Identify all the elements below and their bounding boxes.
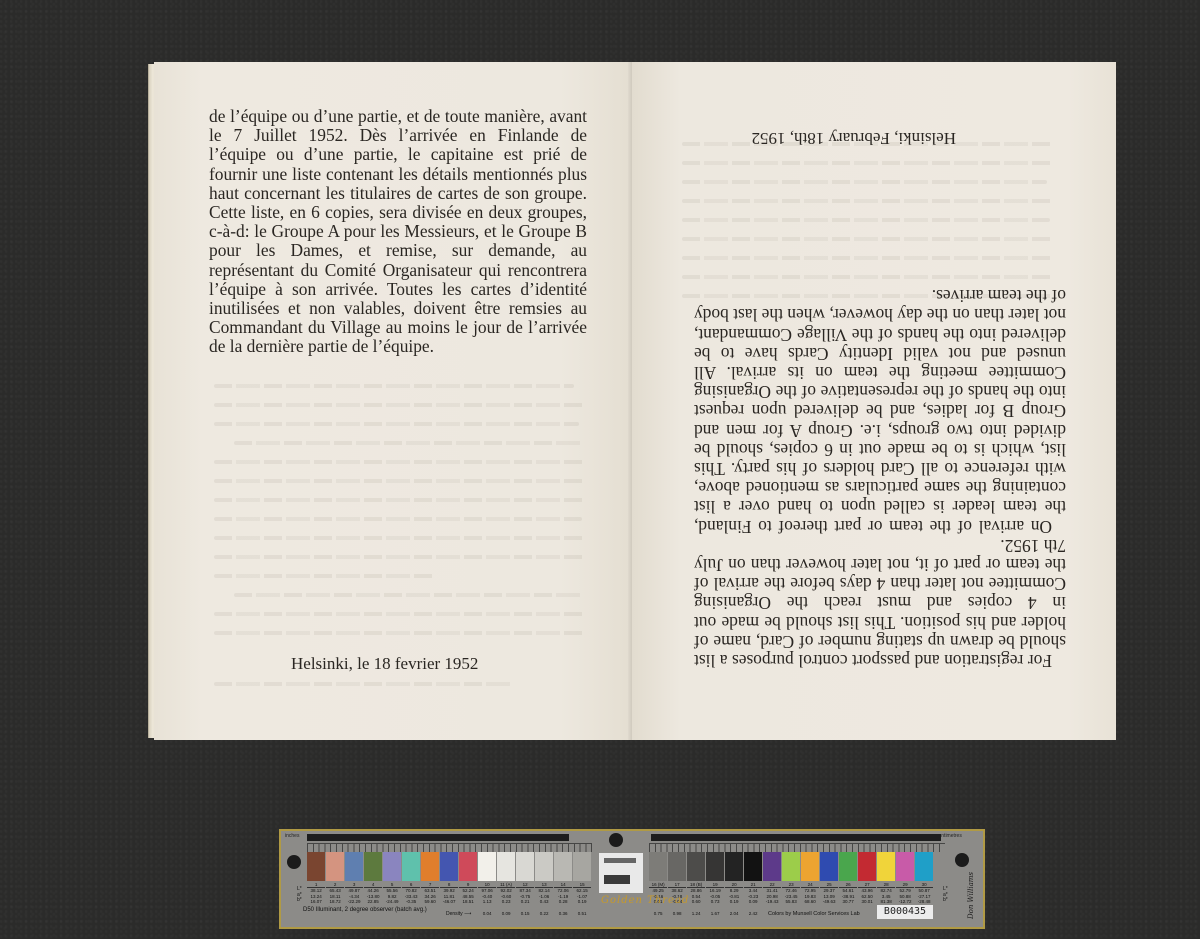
lab-b-value: 0.23 [497, 899, 515, 905]
patch-lab-values: 8.29-0.810.19 [725, 887, 743, 905]
color-patch [915, 852, 933, 881]
density-label: Density ⟶ [446, 911, 471, 917]
lab-b-value: -19.43 [763, 899, 781, 905]
lab-b-value: 0.21 [516, 899, 534, 905]
bleed-through-line [214, 682, 514, 686]
color-patch [516, 852, 534, 881]
lab-b-value: -49.63 [820, 899, 838, 905]
french-date-signature: Helsinki, le 18 fevrier 1952 [291, 654, 478, 674]
density-value: 0.09 [497, 911, 515, 916]
english-text: For registration and passport control pu… [694, 286, 1066, 670]
color-patch [440, 852, 458, 881]
bleed-through-line [214, 517, 582, 521]
color-patch [326, 852, 344, 881]
lab-b-value: -12.72 [896, 899, 914, 905]
bleed-through-line [234, 593, 584, 597]
scanned-booklet-image: de l’équipe ou d’une partie, et de toute… [0, 0, 1200, 939]
color-patch [383, 852, 401, 881]
lab-b-value: 1.13 [478, 899, 496, 905]
lab-b-value: 0.73 [706, 899, 724, 905]
lab-b-value: -0.35 [402, 899, 420, 905]
patch-lab-values: 50.87-27.17-28.48 [915, 887, 933, 905]
lab-b-value: 0.19 [725, 899, 743, 905]
open-booklet: de l’équipe ou d’une partie, et de toute… [148, 62, 1116, 740]
patch-lab-values: 63.5134.2659.60 [421, 887, 439, 905]
density-value: 1.67 [706, 911, 724, 916]
color-patch [725, 852, 743, 881]
lab-b-value: 81.38 [877, 899, 895, 905]
patch-lab-values: 87.34-0.750.21 [516, 887, 534, 905]
patch-lab-values: 97.06-0.401.13 [478, 887, 496, 905]
lab-b-value: 55.83 [782, 899, 800, 905]
bleed-through-line [214, 574, 434, 578]
density-value: 0.51 [573, 911, 591, 916]
density-value: 0.75 [649, 911, 667, 916]
target-serial-number: B000435 [877, 905, 933, 919]
color-patch [307, 852, 325, 881]
lab-b-value: 0.43 [535, 899, 553, 905]
density-value: 2.04 [725, 911, 743, 916]
color-patch [402, 852, 420, 881]
patch-lab-values: 28.860.540.60 [687, 887, 705, 905]
color-patch [649, 852, 667, 881]
lab-b-value: 68.60 [801, 899, 819, 905]
density-value: 0.36 [554, 911, 572, 916]
patch-lab-values: 55.569.82-24.49 [383, 887, 401, 905]
lab-keys-right: L* a* b* [943, 887, 948, 904]
lab-b-value: 0.19 [573, 899, 591, 905]
density-value: 0.04 [478, 911, 496, 916]
english-paragraph-1: For registration and passport control pu… [694, 536, 1066, 670]
patch-lab-values: 43.9662.5030.01 [858, 887, 876, 905]
resolution-target [599, 853, 643, 893]
density-value: 0.98 [668, 911, 686, 916]
lab-b-value: 30.77 [839, 899, 857, 905]
french-paragraph: de l’équipe ou d’une partie, et de toute… [209, 107, 587, 357]
bleed-through-line [214, 403, 584, 407]
lab-b-value: 0.09 [744, 899, 762, 905]
lab-keys-left: L* a* b* [297, 887, 302, 904]
color-patch [820, 852, 838, 881]
color-patch [763, 852, 781, 881]
bleed-through-line [214, 422, 579, 426]
ruler-band [651, 834, 941, 841]
bleed-through-line [214, 498, 584, 502]
munsell-credit: Colors by Munsell Color Services Lab [768, 911, 860, 917]
patch-lab-values: 82.743.4581.38 [877, 887, 895, 905]
color-patch [364, 852, 382, 881]
punch-hole-left [287, 855, 301, 869]
lab-b-value: -24.49 [383, 899, 401, 905]
bleed-through-line [214, 479, 586, 483]
color-calibration-target: inches centimetres 138.1213.2416.07265.4… [279, 829, 985, 929]
patch-lab-values: 52.2448.5518.51 [459, 887, 477, 905]
color-patch [877, 852, 895, 881]
patch-lab-values: 49.87-4.34-22.29 [345, 887, 363, 905]
bleed-through-line [214, 536, 586, 540]
color-patch [573, 852, 591, 881]
color-patch [459, 852, 477, 881]
lab-b-value: -28.48 [915, 899, 933, 905]
patch-lab-values: 39.9211.81-46.07 [440, 887, 458, 905]
lab-b-value: 59.60 [421, 899, 439, 905]
lab-key-b: b* [297, 898, 302, 904]
color-patch [744, 852, 762, 881]
lab-b-value: 22.85 [364, 899, 382, 905]
lab-b-value: -46.07 [440, 899, 458, 905]
density-value: 1.24 [687, 911, 705, 916]
right-page: For registration and passport control pu… [632, 62, 1116, 740]
color-patch [421, 852, 439, 881]
color-patch [345, 852, 363, 881]
color-patch [687, 852, 705, 881]
density-value: 0.22 [535, 911, 553, 916]
color-patch [801, 852, 819, 881]
patch-lab-values: 82.14-1.060.43 [535, 887, 553, 905]
bleed-through-line [214, 631, 584, 635]
bleed-through-line [214, 384, 574, 388]
lab-key-b: b* [943, 898, 948, 904]
lab-b-value: 0.60 [687, 899, 705, 905]
patch-lab-values: 16.19-0.050.73 [706, 887, 724, 905]
lab-b-value: 18.72 [326, 899, 344, 905]
patch-lab-values: 3.44-0.230.09 [744, 887, 762, 905]
density-label-text: Density [446, 911, 463, 917]
left-page: de l’équipe ou d’une partie, et de toute… [154, 62, 632, 740]
color-patch [839, 852, 857, 881]
patch-lab-values: 38.1213.2416.07 [307, 887, 325, 905]
bleed-through-line [214, 612, 584, 616]
upside-down-page-content: For registration and passport control pu… [632, 62, 1116, 740]
punch-hole-center [609, 833, 623, 847]
color-patch [497, 852, 515, 881]
lab-b-value: 18.51 [459, 899, 477, 905]
cm-ruler [649, 843, 945, 852]
golden-thread-logo: Golden Thread [601, 895, 689, 906]
patch-lab-values: 72.06-1.190.28 [554, 887, 572, 905]
lab-b-value: 30.01 [858, 899, 876, 905]
color-patch [554, 852, 572, 881]
patch-lab-values: 44.26-13.8022.85 [364, 887, 382, 905]
ruler-unit-inches: inches [285, 833, 299, 839]
color-patch [896, 852, 914, 881]
lab-b-value: 16.07 [307, 899, 325, 905]
patch-lab-values: 62.15-1.070.19 [573, 887, 591, 905]
lab-b-value: -22.29 [345, 899, 363, 905]
patch-lab-values: 31.4120.98-19.43 [763, 887, 781, 905]
illuminant-caption: D50 Illuminant, 2 degree observer (batch… [303, 907, 427, 913]
patch-lab-values: 72.9519.8368.60 [801, 887, 819, 905]
color-patch [478, 852, 496, 881]
color-patch [706, 852, 724, 881]
english-paragraph-2: On arrival of the team or part thereof t… [694, 286, 1066, 536]
density-value: 0.15 [516, 911, 534, 916]
color-patch [782, 852, 800, 881]
ruler-band [307, 834, 569, 841]
patch-lab-values: 52.7950.88-12.72 [896, 887, 914, 905]
handwritten-signature: Don Williams [967, 872, 975, 919]
french-paragraph-text: de l’équipe ou d’une partie, et de toute… [209, 107, 587, 357]
lab-b-value: 0.28 [554, 899, 572, 905]
bleed-through-line [234, 441, 584, 445]
english-date-signature: Helsinki, February 18th, 1952 [752, 128, 956, 148]
color-patch [668, 852, 686, 881]
inch-ruler [307, 843, 592, 852]
patch-lab-values: 92.02-0.600.23 [497, 887, 515, 905]
bleed-through-line [214, 555, 584, 559]
patch-lab-values: 70.82-33.43-0.35 [402, 887, 420, 905]
punch-hole-right [955, 853, 969, 867]
density-value: 2.42 [744, 911, 762, 916]
patch-lab-values: 29.3713.09-49.63 [820, 887, 838, 905]
patch-lab-values: 54.61-38.9130.77 [839, 887, 857, 905]
color-patch [858, 852, 876, 881]
patch-lab-values: 65.4318.1118.72 [326, 887, 344, 905]
bleed-through-line [214, 460, 584, 464]
patch-lab-values: 72.46-23.4555.83 [782, 887, 800, 905]
color-patch [535, 852, 553, 881]
